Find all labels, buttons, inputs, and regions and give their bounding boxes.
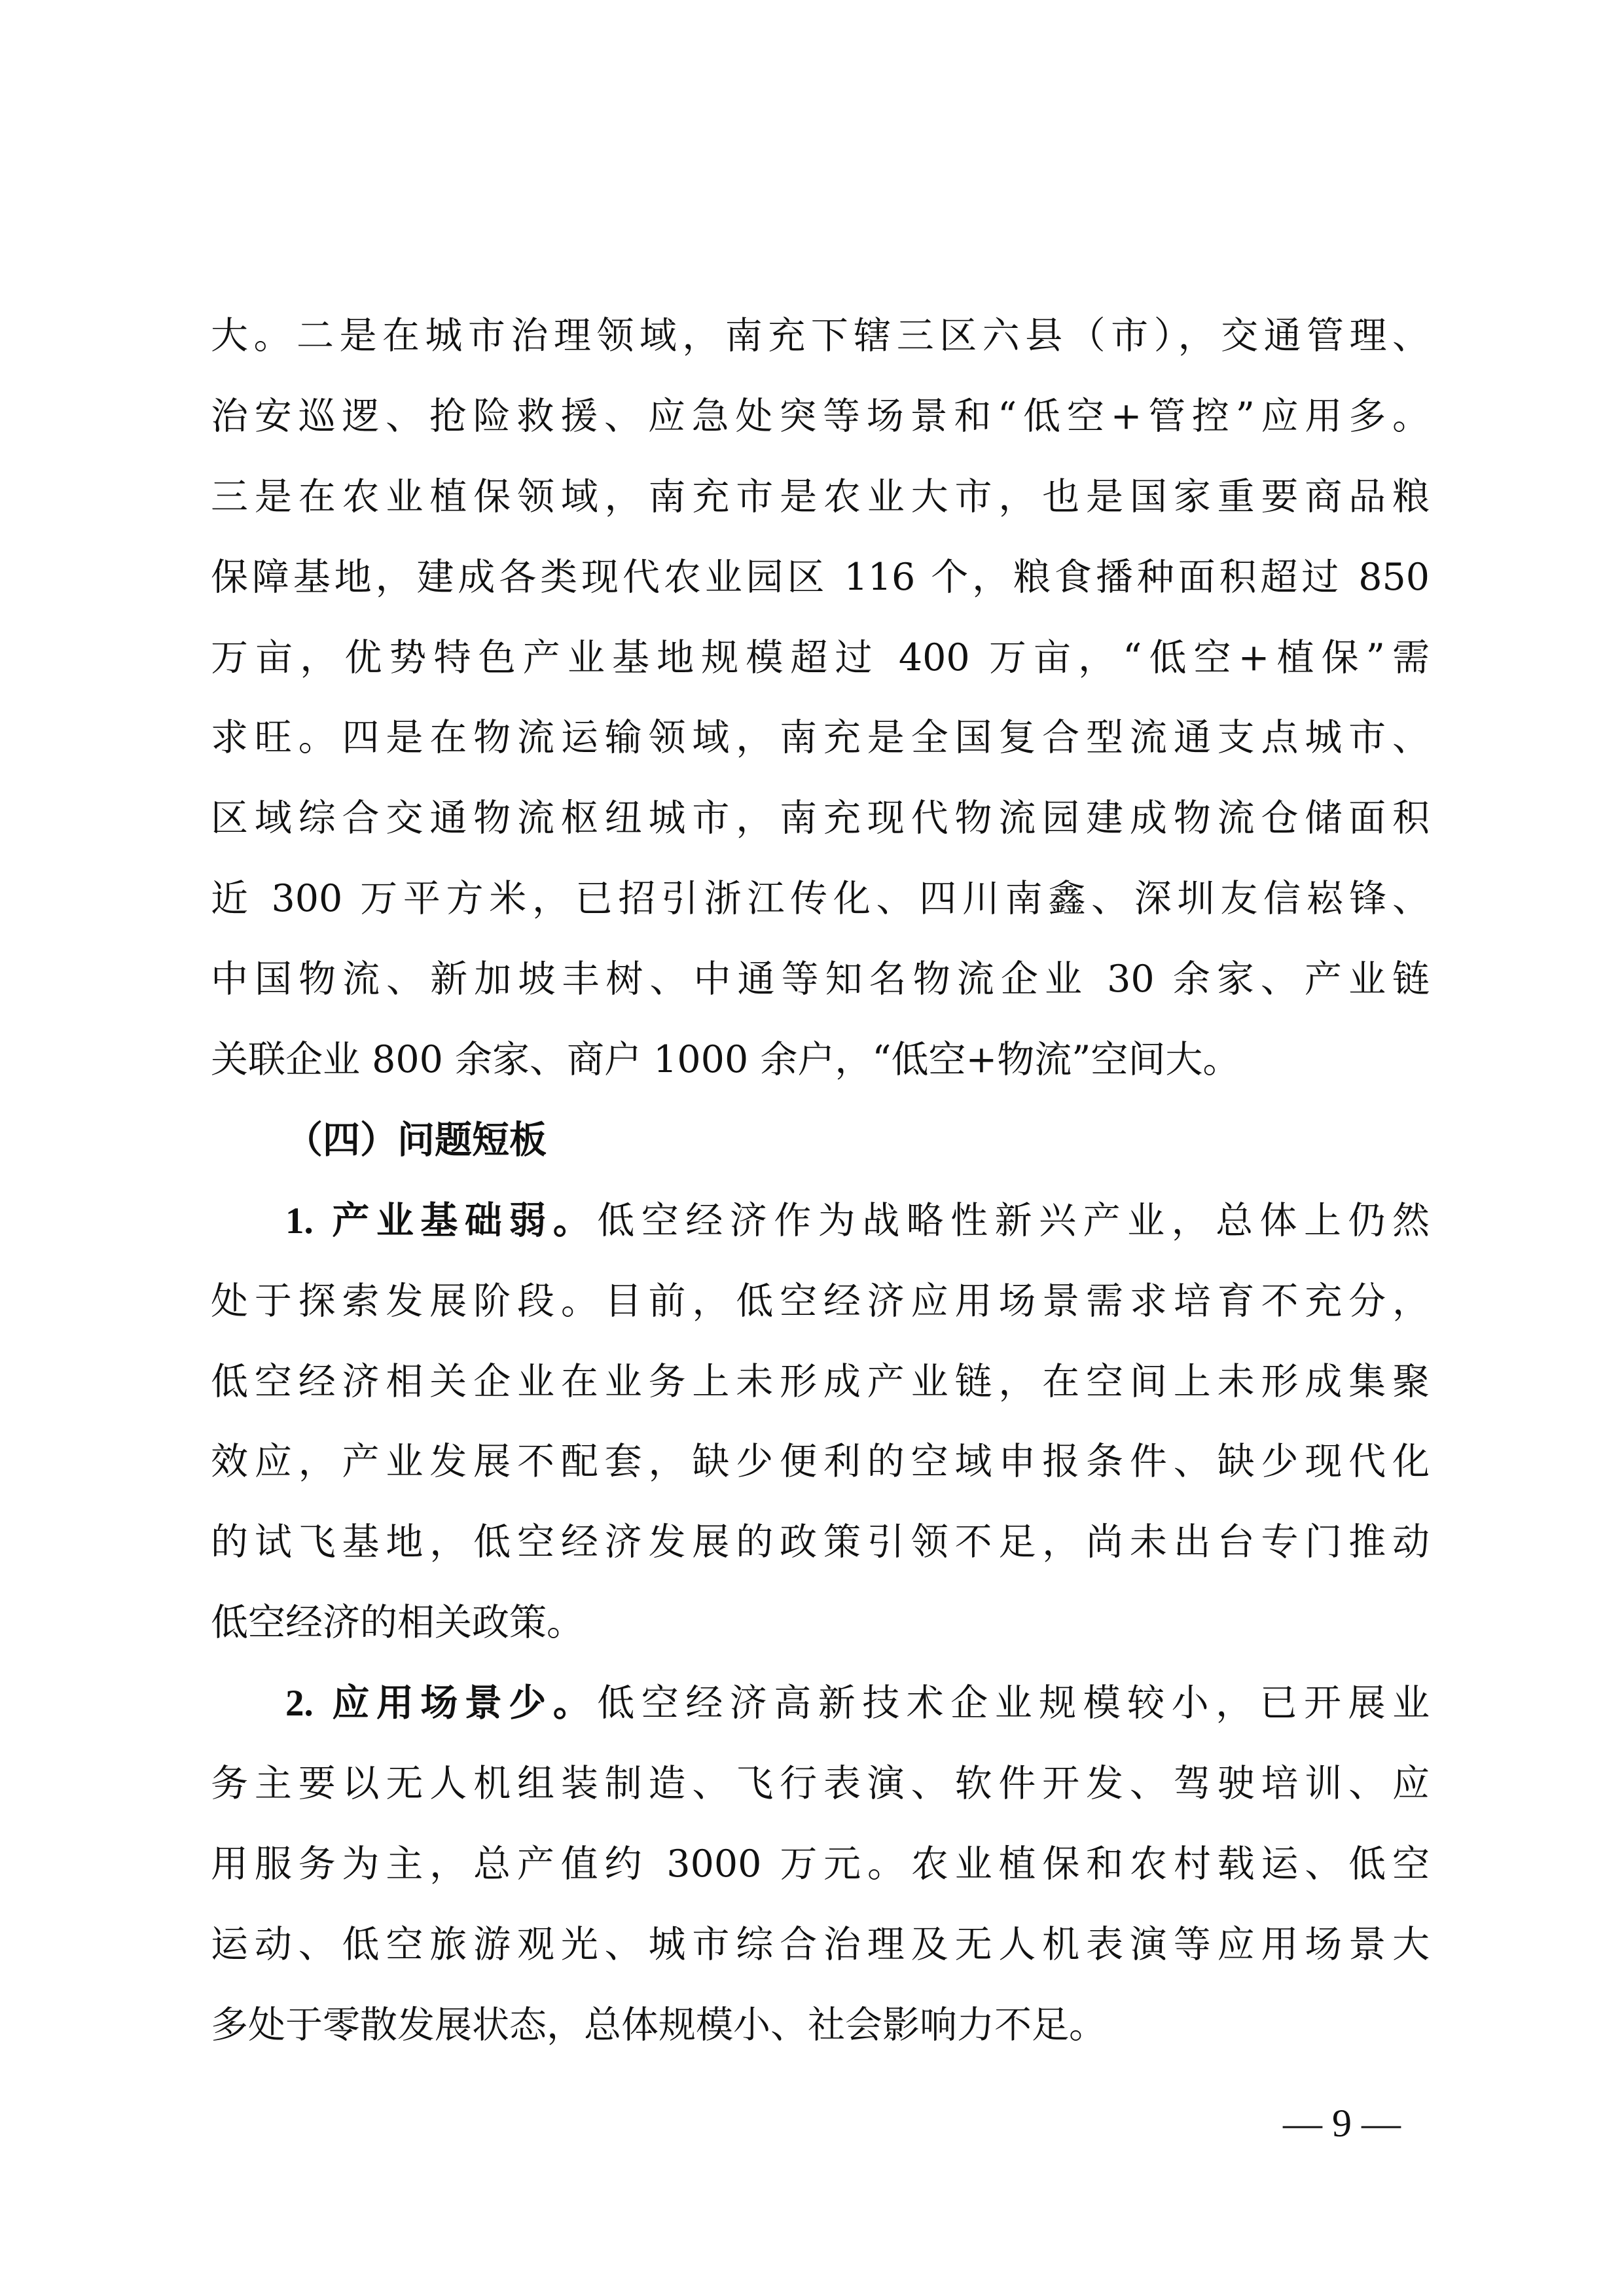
text-line: 用服务为主，总产值约 3000 万元。农业植保和农村载运、低空 <box>211 1824 1430 1905</box>
text-line: 处于探索发展阶段。目前，低空经济应用场景需求培育不充分， <box>211 1261 1430 1342</box>
text-line: 效应，产业发展不配套，缺少便利的空域申报条件、缺少现代化 <box>211 1422 1430 1502</box>
section-heading: （四）问题短板 <box>211 1100 1430 1181</box>
text-line: 保障基地，建成各类现代农业园区 116 个，粮食播种面积超过 850 <box>211 537 1430 618</box>
text-line: 求旺。四是在物流运输领域，南充是全国复合型流通支点城市、 <box>211 698 1430 778</box>
text-line: 的试飞基地，低空经济发展的政策引领不足，尚未出台专门推动 <box>211 1502 1430 1583</box>
page-number: — 9 — <box>1283 2101 1401 2146</box>
item-text: 低空经济高新技术企业规模较小，已开展业 <box>597 1681 1430 1725</box>
item-industry-foundation: 1. 产业基础弱。低空经济作为战略性新兴产业，总体上仍然 处于探索发展阶段。目前… <box>211 1181 1430 1663</box>
item-number: 2. <box>285 1683 314 1724</box>
item-title: 应用场景少。 <box>332 1681 597 1725</box>
text-line: 运动、低空旅游观光、城市综合治理及无人机表演等应用场景大 <box>211 1905 1430 1985</box>
item-first-line: 2. 应用场景少。低空经济高新技术企业规模较小，已开展业 <box>211 1663 1430 1744</box>
document-page: 大。二是在城市治理领域，南充下辖三区六县（市），交通管理、 治安巡逻、抢险救援、… <box>0 0 1624 2296</box>
item-title: 产业基础弱。 <box>332 1198 597 1242</box>
text-line: 务主要以无人机组装制造、飞行表演、软件开发、驾驶培训、应 <box>211 1744 1430 1824</box>
text-line: 低空经济相关企业在业务上未形成产业链，在空间上未形成集聚 <box>211 1342 1430 1422</box>
item-number: 1. <box>285 1200 314 1242</box>
item-application-scenarios: 2. 应用场景少。低空经济高新技术企业规模较小，已开展业 务主要以无人机组装制造… <box>211 1663 1430 2065</box>
text-line: 治安巡逻、抢险救援、应急处突等场景和“低空+管控”应用多。 <box>211 376 1430 457</box>
item-text: 低空经济作为战略性新兴产业，总体上仍然 <box>597 1199 1430 1242</box>
text-line: 低空经济的相关政策。 <box>211 1583 1430 1663</box>
text-line: 三是在农业植保领域，南充市是农业大市，也是国家重要商品粮 <box>211 457 1430 537</box>
text-line: 关联企业 800 余家、商户 1000 余户，“低空+物流”空间大。 <box>211 1020 1430 1100</box>
text-line: 中国物流、新加坡丰树、中通等知名物流企业 30 余家、产业链 <box>211 939 1430 1020</box>
text-line: 万亩，优势特色产业基地规模超过 400 万亩，“低空+植保”需 <box>211 618 1430 698</box>
item-first-line: 1. 产业基础弱。低空经济作为战略性新兴产业，总体上仍然 <box>211 1181 1430 1261</box>
text-line: 区域综合交通物流枢纽城市，南充现代物流园建成物流仓储面积 <box>211 778 1430 859</box>
document-body: 大。二是在城市治理领域，南充下辖三区六县（市），交通管理、 治安巡逻、抢险救援、… <box>211 296 1430 2066</box>
text-line: 近 300 万平方米，已招引浙江传化、四川南鑫、深圳友信崧锋、 <box>211 859 1430 939</box>
paragraph-continuation: 大。二是在城市治理领域，南充下辖三区六县（市），交通管理、 治安巡逻、抢险救援、… <box>211 296 1430 1100</box>
text-line: 大。二是在城市治理领域，南充下辖三区六县（市），交通管理、 <box>211 296 1430 376</box>
text-line: 多处于零散发展状态，总体规模小、社会影响力不足。 <box>211 1985 1430 2066</box>
